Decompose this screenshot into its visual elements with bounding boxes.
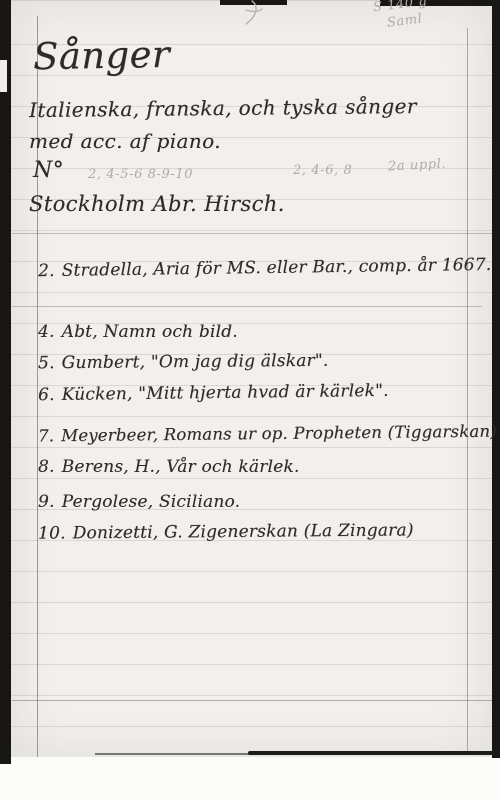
entry-text: Donizetti, G. Zigenerskan (La Zingara) <box>73 520 414 543</box>
entry-number: 4. <box>38 322 55 342</box>
entry-text: Kücken, "Mitt hjerta hvad är kärlek". <box>62 381 389 405</box>
entry-number: 8. <box>38 457 55 477</box>
song-entry: 6.Kücken, "Mitt hjerta hvad är kärlek". <box>38 381 389 405</box>
pencil-squiggle-mark <box>228 0 268 30</box>
entry-text: Abt, Namn och bild. <box>62 322 238 342</box>
entry-number: 6. <box>38 385 55 405</box>
scan-edge-left <box>0 0 11 764</box>
paper-bottom-edge <box>248 751 494 755</box>
entry-text: Pergolese, Siciliano. <box>62 492 241 512</box>
entry-number: 2. <box>38 261 55 281</box>
page-title: Sånger <box>33 33 171 78</box>
scan-edge-right <box>492 0 500 758</box>
scan-edge-notch <box>0 60 7 92</box>
horizontal-rule <box>12 233 492 234</box>
number-label: N° <box>33 158 64 183</box>
song-entry: 8.Berens, H., Vår och kärlek. <box>38 457 300 477</box>
horizontal-rule <box>12 700 492 701</box>
song-entry: 4.Abt, Namn och bild. <box>38 322 238 342</box>
right-margin-rule <box>467 28 468 752</box>
pencil-numbers-mid: 2, 4-6, 8 <box>293 163 352 178</box>
pencil-numbers-left: 2, 4-5-6 8-9-10 <box>88 167 193 182</box>
entry-number: 7. <box>38 426 54 445</box>
song-entry: 10.Donizetti, G. Zigenerskan (La Zingara… <box>38 520 414 543</box>
pencil-edition-note: 2a uppl. <box>388 156 447 174</box>
song-entry: 9.Pergolese, Siciliano. <box>38 492 240 512</box>
imprint-publisher: Stockholm Abr. Hirsch. <box>29 192 285 216</box>
entry-text: Gumbert, "Om jag dig älskar". <box>62 351 329 373</box>
scanned-manuscript-page: S 140 g Saml Sånger Italienska, franska,… <box>0 0 500 800</box>
subtitle-line-2: med acc. af piano. <box>29 129 221 153</box>
paper-bottom-edge <box>95 753 255 755</box>
song-entry: 5.Gumbert, "Om jag dig älskar". <box>38 351 329 374</box>
entry-text: Berens, H., Vår och kärlek. <box>62 457 300 477</box>
entry-number: 5. <box>38 353 55 373</box>
subtitle-line-1: Italienska, franska, och tyska sånger <box>29 94 417 122</box>
entry-number: 9. <box>38 492 55 512</box>
horizontal-rule <box>12 306 482 307</box>
entry-number: 10. <box>38 523 66 543</box>
